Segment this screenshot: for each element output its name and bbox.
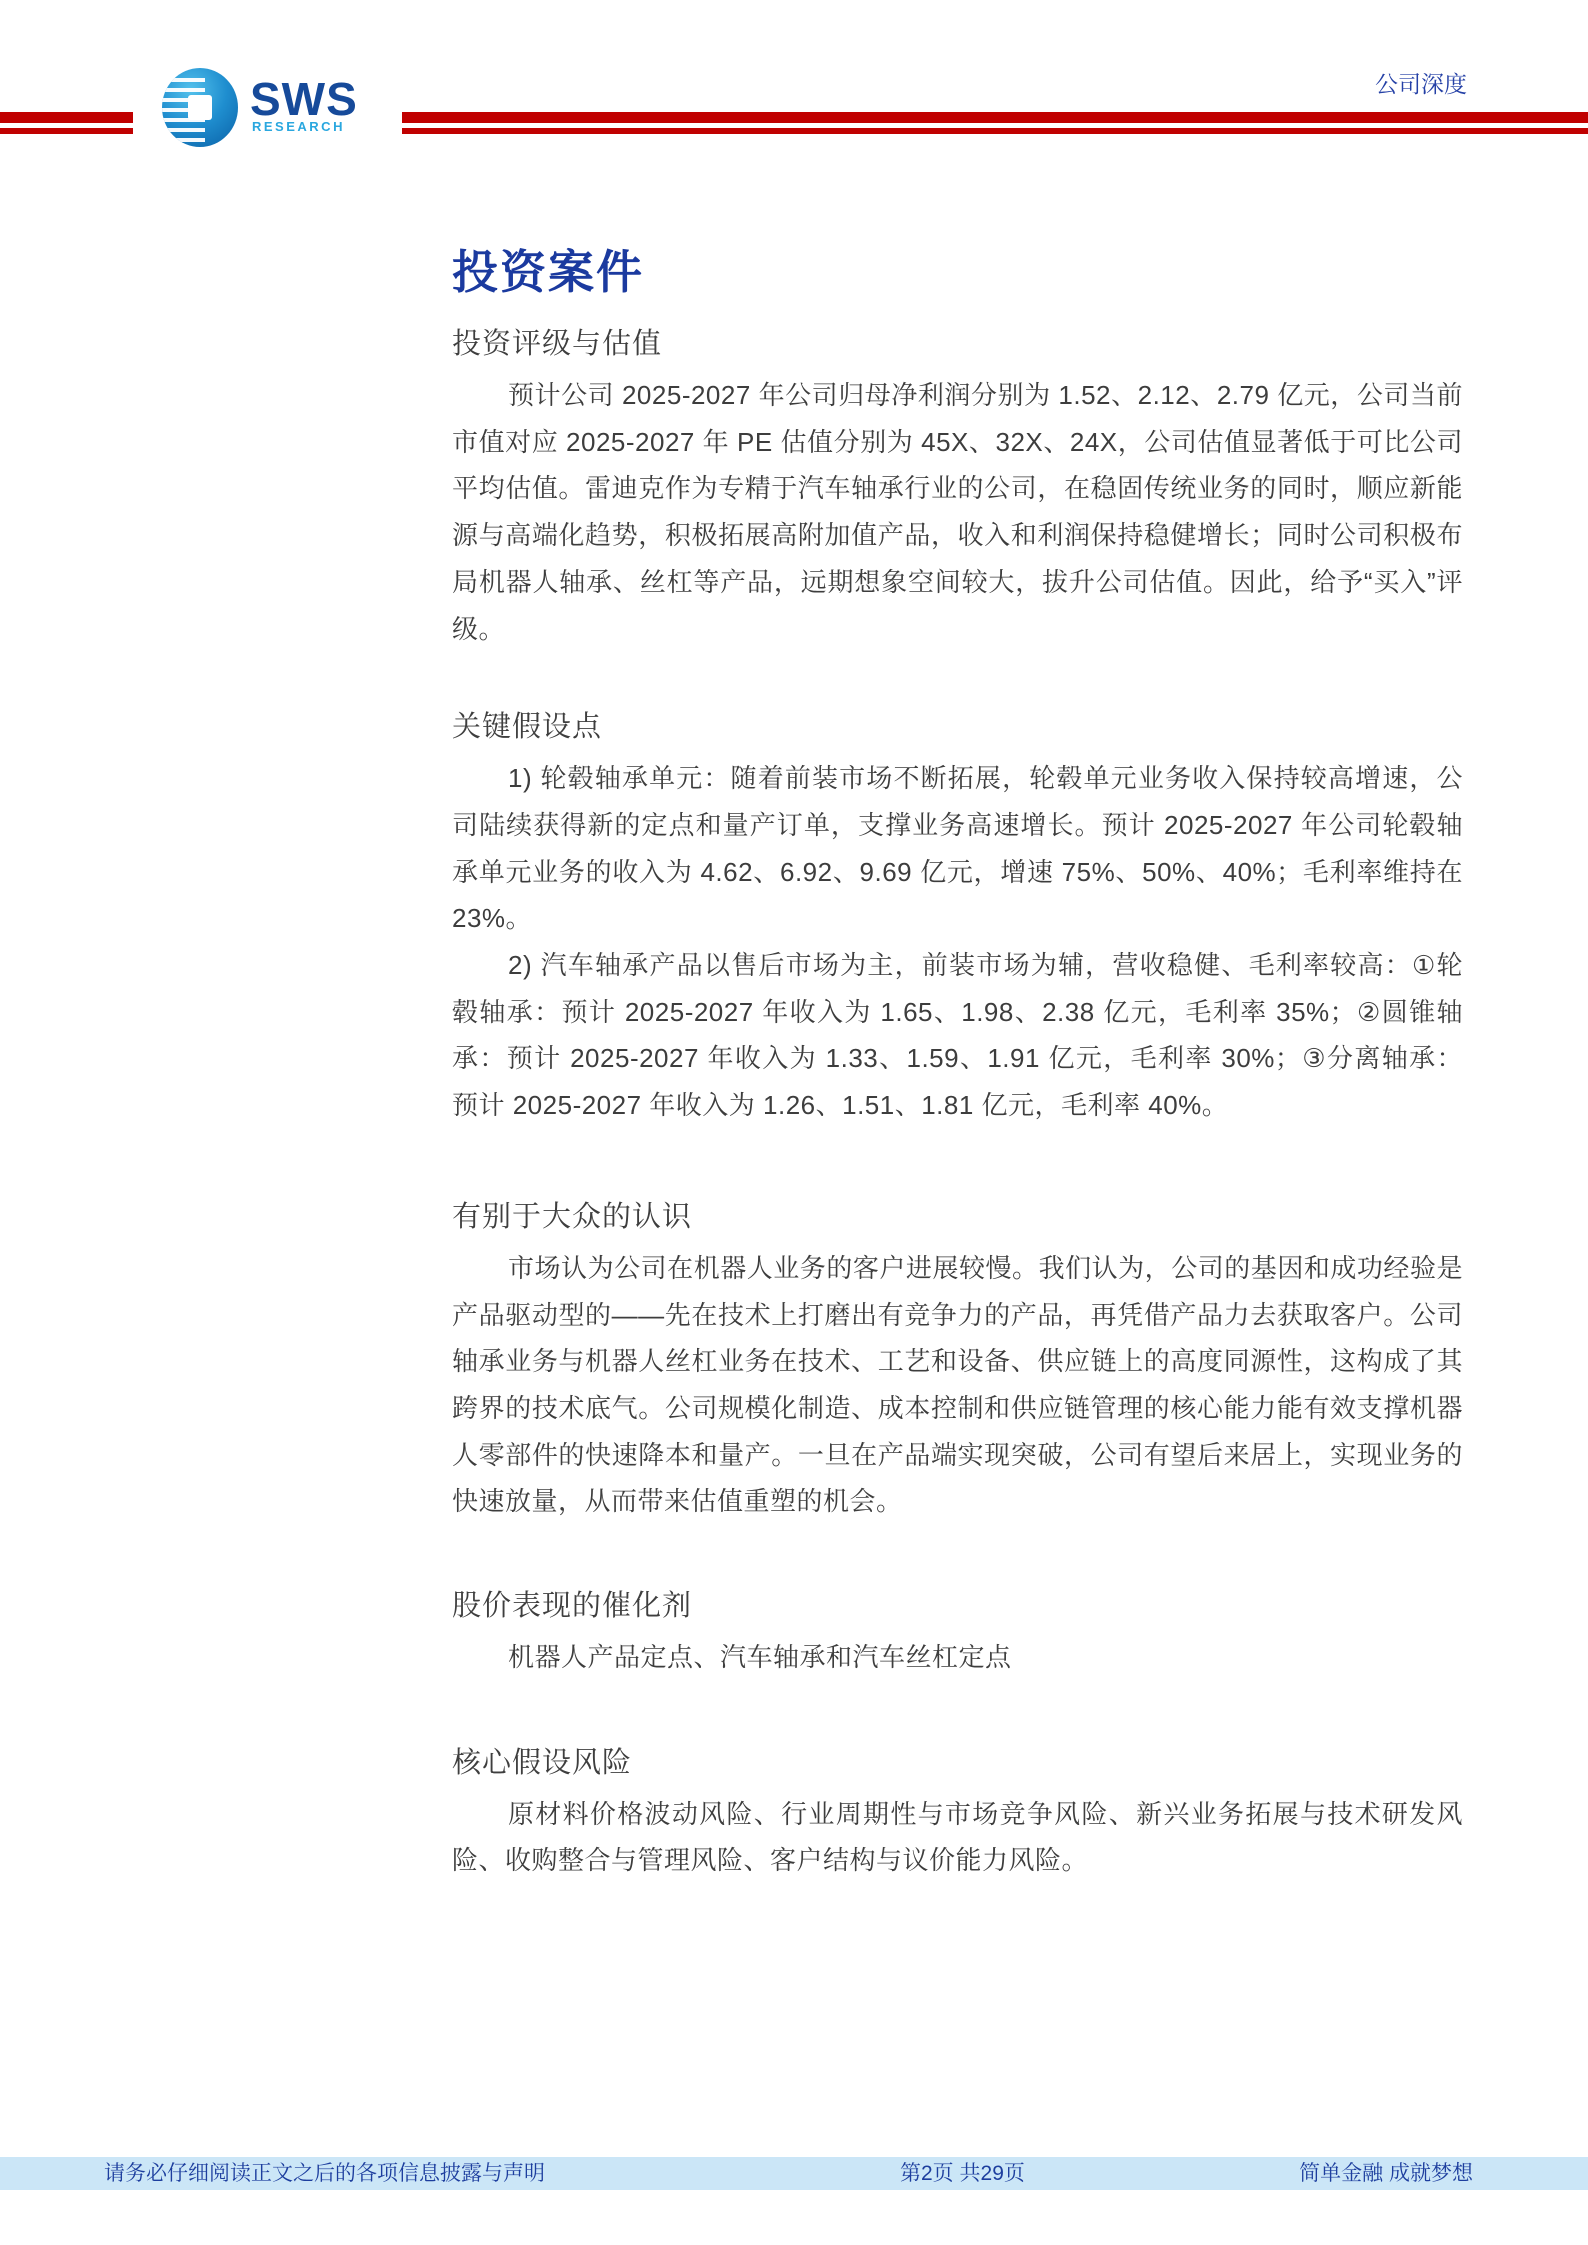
red-divider-right-thin — [402, 128, 1588, 134]
section-heading: 关键假设点 — [452, 709, 1463, 745]
body-paragraph: 2) 汽车轴承产品以售后市场为主，前装市场为辅，营收稳健、毛利率较高：①轮毂轴承… — [452, 942, 1463, 1129]
body-paragraph: 原材料价格波动风险、行业周期性与市场竞争风险、新兴业务拓展与技术研发风险、收购整… — [452, 1791, 1463, 1884]
body-paragraph: 预计公司 2025-2027 年公司归母净利润分别为 1.52、2.12、2.7… — [452, 372, 1463, 652]
body-paragraph: 市场认为公司在机器人业务的客户进展较慢。我们认为，公司的基因和成功经验是产品驱动… — [452, 1245, 1463, 1525]
footer-band: 请务必仔细阅读正文之后的各项信息披露与声明 第2页 共29页 简单金融 成就梦想 — [0, 2157, 1588, 2190]
body-paragraph: 1) 轮毂轴承单元：随着前装市场不断拓展，轮毂单元业务收入保持较高增速，公司陆续… — [452, 755, 1463, 942]
sws-logo-text: SWS — [250, 76, 358, 122]
page-title: 投资案件 — [452, 247, 1463, 297]
section-5: 核心假设风险原材料价格波动风险、行业周期性与市场竞争风险、新兴业务拓展与技术研发… — [452, 1745, 1463, 1884]
red-divider-right-thick — [402, 112, 1588, 123]
footer-page-number: 第2页 共29页 — [900, 2157, 1025, 2190]
footer-disclaimer: 请务必仔细阅读正文之后的各项信息披露与声明 — [104, 2157, 545, 2190]
section-4: 股价表现的催化剂机器人产品定点、汽车轴承和汽车丝杠定点 — [452, 1588, 1463, 1681]
section-heading: 核心假设风险 — [452, 1745, 1463, 1781]
red-divider-left-thick — [0, 112, 133, 123]
sws-globe-icon — [162, 68, 238, 147]
report-type-label: 公司深度 — [1375, 71, 1467, 97]
report-body: 投资案件 投资评级与估值预计公司 2025-2027 年公司归母净利润分别为 1… — [452, 247, 1463, 1884]
section-1: 投资评级与估值预计公司 2025-2027 年公司归母净利润分别为 1.52、2… — [452, 326, 1463, 652]
red-divider-left-thin — [0, 128, 133, 134]
section-heading: 股价表现的催化剂 — [452, 1588, 1463, 1624]
sws-logo-subtext: RESEARCH — [252, 120, 345, 134]
footer-slogan: 简单金融 成就梦想 — [1299, 2157, 1473, 2190]
sections: 投资评级与估值预计公司 2025-2027 年公司归母净利润分别为 1.52、2… — [452, 326, 1463, 1884]
section-2: 关键假设点1) 轮毂轴承单元：随着前装市场不断拓展，轮毂单元业务收入保持较高增速… — [452, 709, 1463, 1129]
section-heading: 有别于大众的认识 — [452, 1199, 1463, 1235]
section-3: 有别于大众的认识市场认为公司在机器人业务的客户进展较慢。我们认为，公司的基因和成… — [452, 1199, 1463, 1525]
report-page: SWS RESEARCH 公司深度 投资案件 投资评级与估值预计公司 2025-… — [0, 0, 1588, 2245]
sws-globe-center-square — [188, 95, 212, 120]
section-heading: 投资评级与估值 — [452, 326, 1463, 362]
body-paragraph: 机器人产品定点、汽车轴承和汽车丝杠定点 — [452, 1634, 1463, 1681]
